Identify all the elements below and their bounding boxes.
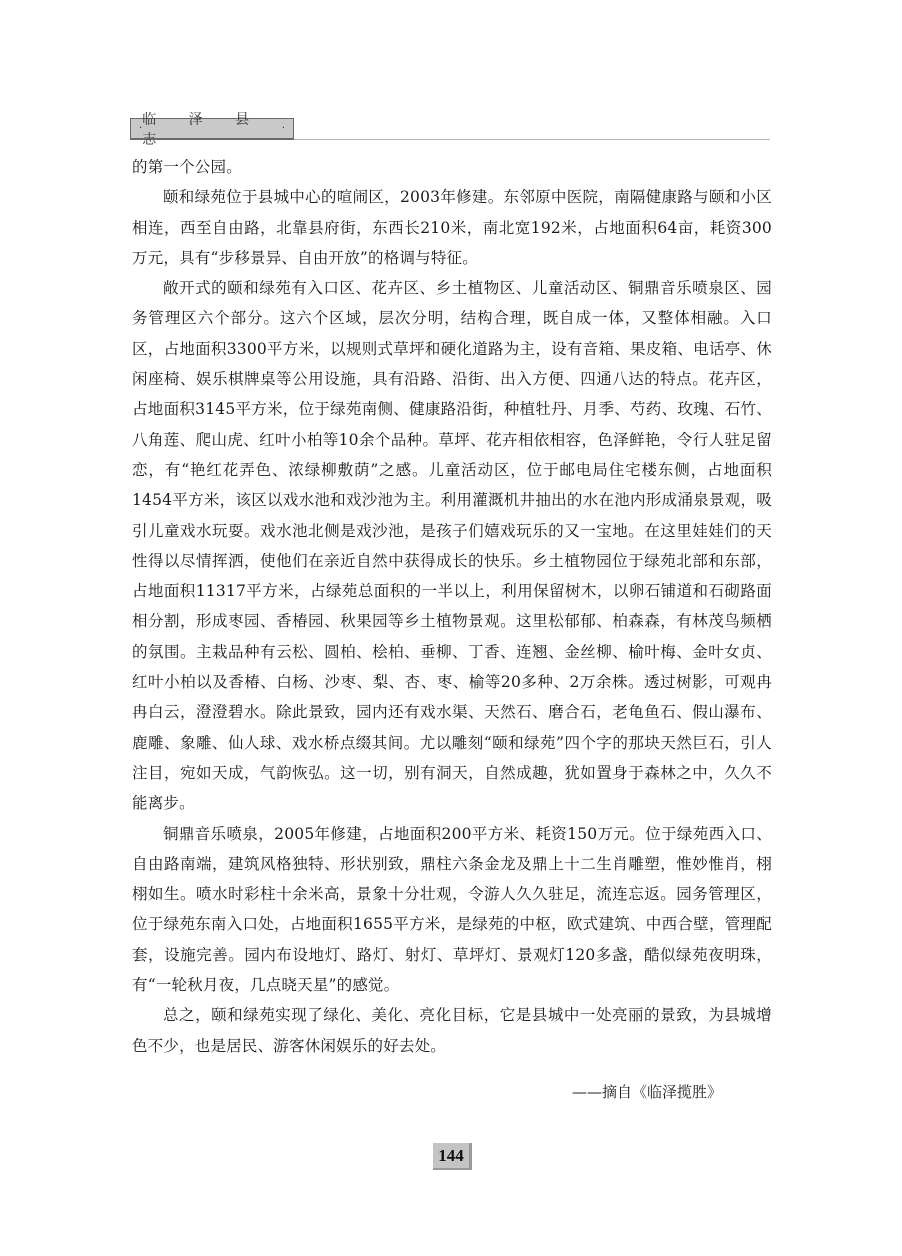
paragraph-fountain: 铜鼎音乐喷泉，2005年修建，占地面积200平方米、耗资150万元。位于绿苑西入… [132,819,772,1001]
header-title-box: · 临 泽 县 志 · [130,118,294,140]
body-text: 的第一个公园。 颐和绿苑位于县城中心的喧闹区，2003年修建。东邻原中医院，南隔… [132,152,772,1102]
paragraph-continuation: 的第一个公园。 [132,152,772,182]
running-header: · 临 泽 县 志 · [130,118,770,142]
source-citation: ——摘自《临泽揽胜》 [132,1081,772,1102]
header-title: 临 泽 县 志 [142,109,296,149]
page-number: 144 [433,1143,472,1170]
header-dot-right: · [282,123,285,134]
paragraph-summary: 总之，颐和绿苑实现了绿化、美化、亮化目标，它是县城中一处亮丽的景致，为县城增色不… [132,1000,772,1061]
paragraph-zones: 敞开式的颐和绿苑有入口区、花卉区、乡土植物区、儿童活动区、铜鼎音乐喷泉区、园务管… [132,273,772,818]
header-rule [294,139,770,140]
paragraph-intro: 颐和绿苑位于县城中心的喧闹区，2003年修建。东邻原中医院，南隔健康路与颐和小区… [132,182,772,273]
